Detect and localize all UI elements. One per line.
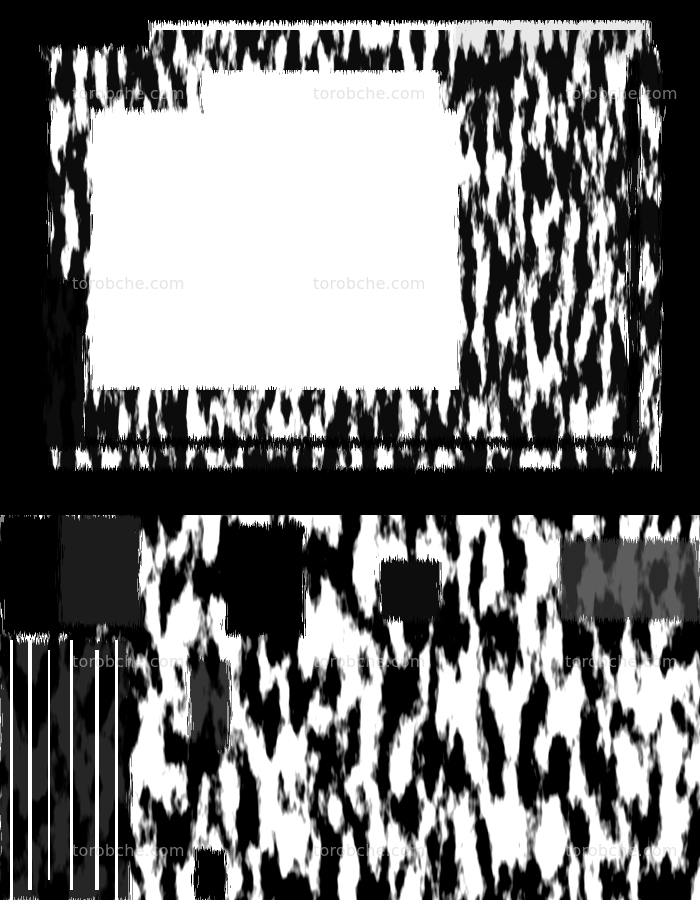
grunge-texture bbox=[0, 0, 700, 900]
grunge-texture-image: torobche.com torobche.com torobche.com t… bbox=[0, 0, 700, 900]
